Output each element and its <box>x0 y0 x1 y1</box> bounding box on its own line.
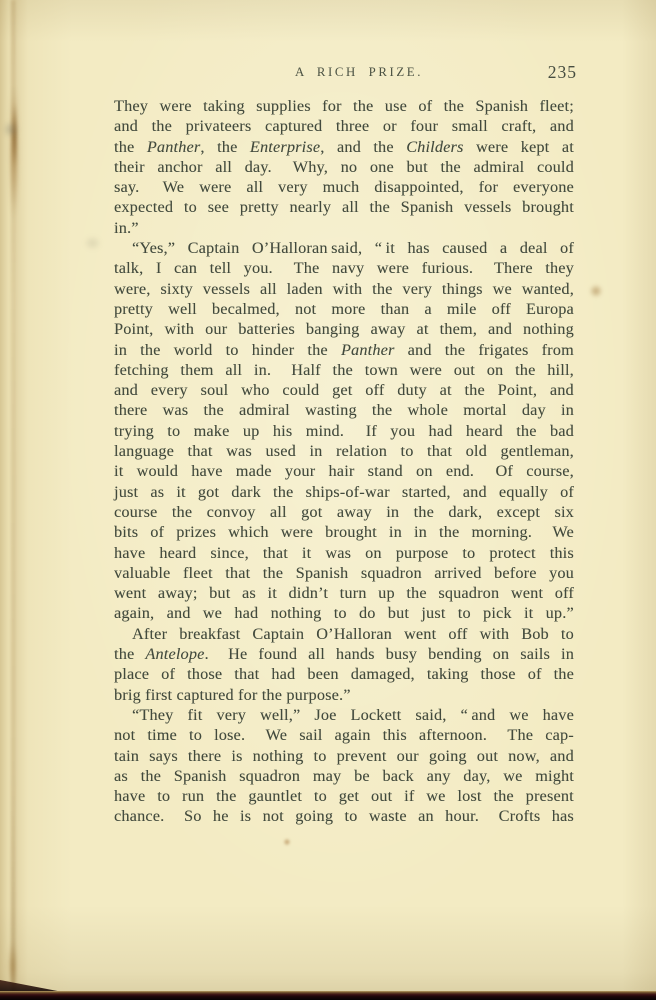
word: and <box>550 380 574 400</box>
word: the <box>203 400 223 420</box>
word: of <box>560 238 574 258</box>
word: could <box>537 157 574 177</box>
word: bits <box>114 522 138 542</box>
word: is <box>231 746 242 766</box>
word: They <box>114 96 148 116</box>
text-line: haveheardsince,thatitwasonpurposetoprote… <box>114 543 574 563</box>
word: the <box>372 400 392 420</box>
word: and <box>167 603 191 623</box>
word: pretty <box>114 299 153 319</box>
word: were <box>410 360 442 380</box>
word: off <box>365 380 384 400</box>
word: squadron <box>438 583 499 603</box>
word: as <box>114 766 128 786</box>
word: furious. <box>422 258 482 278</box>
word: says <box>149 746 178 766</box>
word: the <box>172 502 192 522</box>
word: a <box>424 299 431 319</box>
word: in <box>114 340 127 360</box>
word: on <box>487 360 504 380</box>
word: to <box>561 624 574 644</box>
word: all <box>308 644 325 664</box>
word: has <box>407 238 429 258</box>
word: “They <box>132 705 173 725</box>
word: going <box>429 746 467 766</box>
word: navy <box>332 258 364 278</box>
word: tain <box>114 746 139 766</box>
word: all <box>260 279 277 299</box>
word: could <box>282 380 319 400</box>
word: every <box>151 380 188 400</box>
text-line: “Yes,”CaptainO’Halloran said,“ ithascaus… <box>114 238 574 258</box>
word: Enterprise, <box>250 137 325 157</box>
word: tell <box>210 258 231 278</box>
word: If <box>366 421 377 441</box>
word: nothing <box>271 603 322 623</box>
word: as <box>242 583 256 603</box>
word: to <box>157 786 170 806</box>
word: expected <box>114 197 173 217</box>
word: but <box>388 603 409 623</box>
text-line: nottimetolose. Wesailagainthisafternoon.… <box>114 725 574 745</box>
word: supplies <box>256 96 311 116</box>
book-cover-edge <box>0 991 656 1000</box>
word: Point, <box>114 319 153 339</box>
word: to <box>167 421 180 441</box>
word: small <box>452 116 488 136</box>
word: may <box>313 766 341 786</box>
word: in. <box>254 360 280 380</box>
word: of <box>150 522 164 542</box>
word: we <box>426 786 445 806</box>
word: day. <box>245 157 280 177</box>
word: been <box>307 664 338 684</box>
word: duty <box>397 380 427 400</box>
word: Panther <box>341 340 395 360</box>
word: deal <box>520 238 548 258</box>
word: of <box>528 664 542 684</box>
word: squadron <box>239 766 300 786</box>
word: to <box>462 543 475 563</box>
word: a <box>500 238 507 258</box>
word: Bob <box>521 624 549 644</box>
word: convoy <box>207 502 256 522</box>
word: admiral <box>473 157 524 177</box>
word: The <box>507 725 533 745</box>
word: up <box>243 421 260 441</box>
word: present <box>526 786 574 806</box>
word: them, <box>440 319 477 339</box>
word: the <box>114 644 134 664</box>
word: except <box>497 502 540 522</box>
word: is <box>240 806 251 826</box>
word: his <box>273 421 293 441</box>
word: banging <box>306 319 360 339</box>
word: and <box>550 746 574 766</box>
text-line: in.” <box>114 218 574 238</box>
word: we <box>203 603 222 623</box>
word: laden <box>287 279 323 299</box>
word: that <box>427 441 452 461</box>
text-line: again,andwehadnothingtodobutjusttopickit… <box>114 603 574 623</box>
word: Joe <box>314 705 336 725</box>
word: was <box>163 400 189 420</box>
word: we <box>503 766 522 786</box>
word: be <box>354 766 370 786</box>
text-line: fetchingthemallin. Halfthetownwereoutont… <box>114 360 574 380</box>
word: the <box>273 482 293 502</box>
word: After <box>132 624 167 644</box>
word: the <box>114 137 134 157</box>
word: have <box>543 705 574 725</box>
word: the <box>263 563 283 583</box>
text-line: andeverysoulwhocouldgetoffdutyatthePoint… <box>114 380 574 400</box>
word: becalmed, <box>212 299 280 319</box>
word: relation <box>336 441 387 461</box>
word: away <box>371 319 406 339</box>
word: We <box>266 725 288 745</box>
word: “ it <box>375 238 395 258</box>
word: the <box>217 137 237 157</box>
word: we <box>509 705 528 725</box>
word: went <box>511 583 543 603</box>
word: course, <box>526 461 574 481</box>
word: day <box>522 400 546 420</box>
word: bad <box>550 421 574 441</box>
word: started, <box>402 482 451 502</box>
word: bending <box>428 644 482 664</box>
word: much <box>323 177 360 197</box>
word: in <box>561 644 574 664</box>
word: were <box>159 96 191 116</box>
word: ships-of-war <box>306 482 390 502</box>
word: have <box>191 461 222 481</box>
word: of <box>161 664 175 684</box>
word: equally <box>499 482 548 502</box>
text-line: coursetheconvoyallgotawayinthedark,excep… <box>114 502 574 522</box>
word: to <box>334 603 347 623</box>
word: this <box>550 543 574 563</box>
word: get <box>339 786 359 806</box>
word: it <box>268 583 277 603</box>
word: Spanish <box>401 197 454 217</box>
word: everyone <box>513 177 574 197</box>
word: the <box>307 340 327 360</box>
word: and <box>114 380 138 400</box>
word: just <box>114 482 138 502</box>
word: their <box>114 157 145 177</box>
word: to <box>401 441 414 461</box>
text-line: astheSpanishsquadronmaybebackanyday,wemi… <box>114 766 574 786</box>
word: away <box>337 502 372 522</box>
word: all <box>246 177 263 197</box>
text-line: thePanther,theEnterprise,andtheChildersw… <box>114 137 574 157</box>
word: turn <box>340 583 367 603</box>
word: there <box>114 400 147 420</box>
word: away; <box>158 583 198 603</box>
word: he <box>213 806 229 826</box>
word: at <box>416 319 428 339</box>
word: back <box>382 766 413 786</box>
word: arrived <box>434 563 481 583</box>
word: Lockett <box>351 705 402 725</box>
word: and <box>463 482 487 502</box>
word: hill, <box>547 360 574 380</box>
word: at <box>440 380 452 400</box>
text-line: havetorunthegauntlettogetoutifwelostthep… <box>114 786 574 806</box>
word: on <box>493 644 510 664</box>
word: O’Halloran <box>316 624 392 644</box>
word: those <box>187 664 222 684</box>
text-line: andtheprivateerscapturedthreeorfoursmall… <box>114 116 574 136</box>
word: the <box>216 786 236 806</box>
word: mile <box>447 299 477 319</box>
word: if <box>404 786 414 806</box>
text-line: “Theyfitverywell,”JoeLockettsaid,“ andwe… <box>114 705 574 725</box>
word: language <box>114 441 174 461</box>
word: got <box>198 482 219 502</box>
word: fetching <box>114 360 169 380</box>
text-line: theiranchorallday. Why,noonebuttheadmira… <box>114 157 574 177</box>
word: Why, <box>293 157 328 177</box>
word: The <box>294 258 320 278</box>
word: end. <box>446 461 483 481</box>
word: mortal <box>463 400 506 420</box>
text-line: valuablefleetthattheSpanishsquadronarriv… <box>114 563 574 583</box>
word: disappointed, <box>374 177 463 197</box>
word: Crofts <box>499 806 541 826</box>
word: the <box>493 786 513 806</box>
word: of <box>560 482 574 502</box>
word: there <box>188 746 221 766</box>
word: get <box>332 380 352 400</box>
word: with <box>164 319 194 339</box>
word: you. <box>244 258 281 278</box>
word: see <box>208 197 229 217</box>
word: gauntlet <box>248 786 302 806</box>
word: fleet; <box>539 96 573 116</box>
word: run <box>182 786 204 806</box>
word: went <box>114 583 146 603</box>
word: an <box>418 806 434 826</box>
word: fit <box>187 705 202 725</box>
word: to <box>189 725 202 745</box>
word: Spanish <box>174 766 227 786</box>
word: has <box>552 806 574 826</box>
word: Captain <box>252 624 304 644</box>
word: which <box>228 522 269 542</box>
word: were, <box>114 279 151 299</box>
word: as <box>150 482 164 502</box>
word: going <box>295 806 333 826</box>
word: very <box>216 705 246 725</box>
word: waste <box>369 806 407 826</box>
word: brought <box>325 522 377 542</box>
word: again <box>335 725 371 745</box>
word: and <box>550 116 574 136</box>
word: this <box>383 725 407 745</box>
word: nearly <box>290 197 332 217</box>
word: “ and <box>461 705 496 725</box>
foxing-spot <box>283 838 291 846</box>
word: Childers <box>406 137 463 157</box>
word: it <box>524 603 533 623</box>
word: craft, <box>501 116 536 136</box>
word: got <box>301 502 322 522</box>
word: do <box>359 603 376 623</box>
word: they <box>545 258 574 278</box>
word: morning. <box>472 522 541 542</box>
word: more <box>331 299 365 319</box>
running-title: A RICH PRIZE. <box>129 65 589 80</box>
word: on <box>416 461 433 481</box>
word: Europa <box>526 299 574 319</box>
text-line: placeofthosethathadbeendamaged,takingtho… <box>114 664 574 684</box>
word: one <box>370 157 394 177</box>
word: it <box>302 543 311 563</box>
word: but <box>209 583 230 603</box>
text-line: itwouldhavemadeyourhairstandonend. Ofcou… <box>114 461 574 481</box>
word: hands <box>336 644 375 664</box>
word: in <box>386 502 399 522</box>
word: to <box>314 786 327 806</box>
word: out <box>371 786 392 806</box>
word: cap- <box>545 725 574 745</box>
word: purpose <box>396 543 449 563</box>
word: the <box>406 583 426 603</box>
word: taking <box>203 96 245 116</box>
word: but <box>407 157 428 177</box>
text-line: brig first captured for the purpose.” <box>114 685 574 705</box>
word: breakfast <box>179 624 240 644</box>
text-line: AfterbreakfastCaptainO’Halloranwentoffwi… <box>114 624 574 644</box>
word: to <box>226 340 239 360</box>
word: heard <box>159 543 196 563</box>
word: at <box>562 137 574 157</box>
word: just <box>421 603 445 623</box>
word: in <box>561 400 574 420</box>
word: vessels <box>464 197 511 217</box>
word: from <box>542 340 574 360</box>
word: wanted, <box>522 279 574 299</box>
word: in <box>389 522 402 542</box>
word: hour. <box>445 806 487 826</box>
word: hair <box>329 461 355 481</box>
word: were <box>476 137 508 157</box>
word: in <box>414 522 427 542</box>
word: was <box>226 441 252 461</box>
word: protect <box>489 543 535 563</box>
word: the <box>516 421 536 441</box>
word: the <box>554 664 574 684</box>
word: the <box>515 360 535 380</box>
word: might <box>535 766 574 786</box>
word: use <box>385 96 407 116</box>
word: caused <box>442 238 487 258</box>
word: dark <box>231 482 261 502</box>
text-line: theAntelope. Hefoundallhandsbusybendingo… <box>114 644 574 664</box>
word: Half <box>291 360 321 380</box>
word: frigates <box>478 340 528 360</box>
foxing-spot <box>84 236 101 250</box>
word: captured <box>265 116 322 136</box>
word: them <box>180 360 213 380</box>
word: and <box>408 340 432 360</box>
word: our <box>205 319 227 339</box>
word: Of <box>496 461 513 481</box>
word: the <box>140 340 160 360</box>
word: the <box>445 340 465 360</box>
word: had <box>271 664 295 684</box>
word: all <box>270 502 287 522</box>
word: sail <box>299 725 322 745</box>
word: our <box>397 746 419 766</box>
word: made <box>236 461 272 481</box>
text-line: Point,withourbatteriesbangingawayatthem,… <box>114 319 574 339</box>
word: those <box>481 664 516 684</box>
word: trying <box>114 421 154 441</box>
word: who <box>241 380 269 400</box>
word: talk, <box>114 258 143 278</box>
word: pretty <box>240 197 279 217</box>
word: the <box>353 96 373 116</box>
word: were <box>377 258 409 278</box>
word: the <box>333 360 353 380</box>
word: not <box>114 725 135 745</box>
word: off <box>492 299 511 319</box>
word: all <box>225 360 242 380</box>
word: was <box>325 543 351 563</box>
word: or <box>383 116 397 136</box>
word: world <box>174 340 213 360</box>
word: since, <box>210 543 249 563</box>
word: well,” <box>260 705 300 725</box>
text-line: say. Wewereallverymuchdisappointed,forev… <box>114 177 574 197</box>
text-line: expectedtoseeprettynearlyalltheSpanishve… <box>114 197 574 217</box>
word: Antelope. <box>145 644 217 664</box>
word: went <box>404 624 436 644</box>
word: town <box>365 360 398 380</box>
word: four <box>410 116 438 136</box>
text-line: talk,Icantellyou. Thenavywerefurious. Th… <box>114 258 574 278</box>
word: wasting <box>305 400 357 420</box>
word: all <box>342 197 359 217</box>
word: day, <box>463 766 490 786</box>
word: had <box>234 603 258 623</box>
page-header: A RICH PRIZE. 235 <box>114 65 574 83</box>
word: Point, <box>498 380 537 400</box>
word: mind. <box>306 421 353 441</box>
text-line: justasitgotdarktheships-of-warstarted,an… <box>114 482 574 502</box>
word: that <box>234 664 259 684</box>
word: we <box>493 279 512 299</box>
word: have <box>114 786 145 806</box>
word: soul <box>201 380 229 400</box>
word: up.” <box>546 603 574 623</box>
word: in <box>309 441 322 461</box>
word: gentleman, <box>500 441 573 461</box>
word: damaged, <box>351 664 415 684</box>
word: brought <box>522 197 574 217</box>
word: sails <box>520 644 550 664</box>
text-line: TheyweretakingsuppliesfortheuseoftheSpan… <box>114 96 574 116</box>
word: the <box>373 137 393 157</box>
text-line: tainsaysthereisnothingtopreventourgoingo… <box>114 746 574 766</box>
word: heard <box>466 421 503 441</box>
word: off <box>555 583 574 603</box>
word: than <box>381 299 410 319</box>
word: three <box>336 116 369 136</box>
